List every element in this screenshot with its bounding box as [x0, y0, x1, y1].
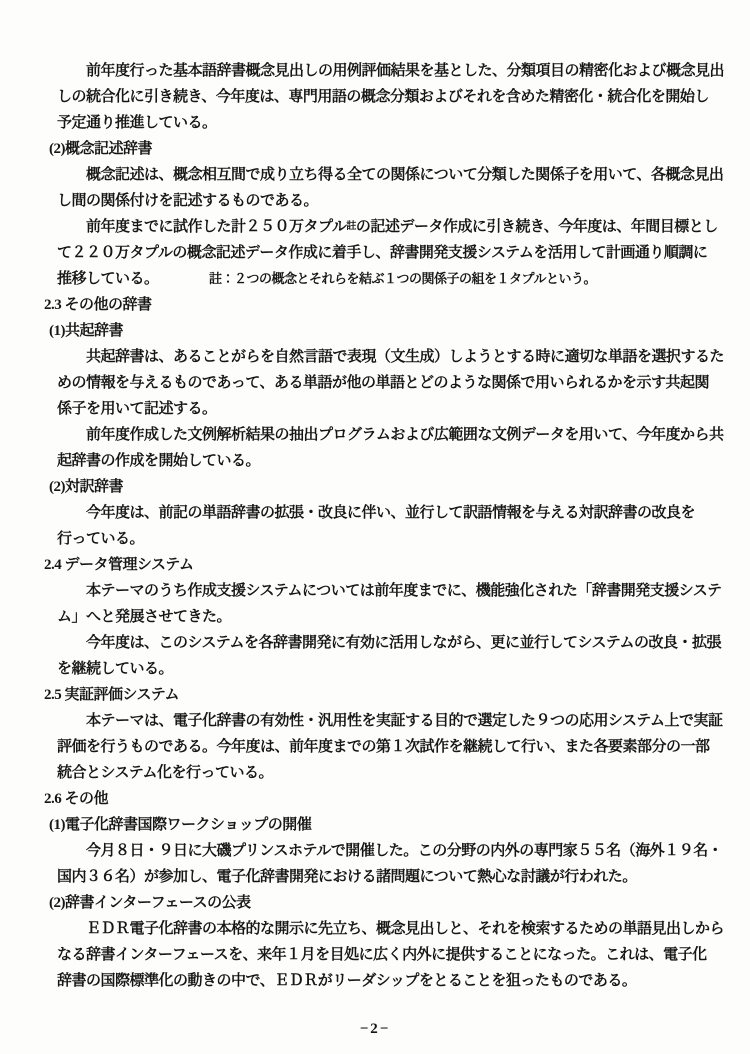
paragraph-line: 予定通り推進している。	[0, 110, 750, 136]
document-page: 前年度行った基本語辞書概念見出しの用例評価結果を基とした、分類項目の精密化および…	[0, 0, 750, 1054]
paragraph-line: 今年度は、このシステムを各辞書開発に有効に活用しながら、更に並行してシステムの改…	[0, 630, 750, 656]
paragraph-line: 統合とシステム化を行っている。	[0, 760, 750, 786]
section-heading: 2.3 その他の辞書	[0, 292, 750, 318]
paragraph-line: 本テーマのうち作成支援システムについては前年度までに、機能強化された「辞書開発支…	[0, 578, 750, 604]
note-marker: 註	[346, 221, 356, 232]
paragraph-line: 推移している。 註：２つの概念とそれらを結ぶ１つの関係子の組を１タプルという。	[0, 266, 750, 292]
paragraph-line: 辞書の国際標準化の動きの中で、ＥＤＲがリーダシップをとることを狙ったものである。	[0, 968, 750, 994]
paragraph-line: 共起辞書は、あることがらを自然言語で表現（文生成）しようとする時に適切な単語を選…	[0, 344, 750, 370]
item-heading: (2)対訳辞書	[0, 474, 750, 500]
document-body: 前年度行った基本語辞書概念見出しの用例評価結果を基とした、分類項目の精密化および…	[0, 0, 750, 994]
text-segment: の記述データ作成に引き続き、今年度は、年間目標とし	[356, 219, 718, 235]
text-segment: 前年度までに試作した計２５０万タプル	[86, 219, 346, 235]
text-segment: 推移している。	[57, 271, 209, 287]
paragraph-line: 行っている。	[0, 526, 750, 552]
paragraph-line: 前年度までに試作した計２５０万タプル註の記述データ作成に引き続き、今年度は、年間…	[0, 214, 750, 240]
item-heading: (2)概念記述辞書	[0, 136, 750, 162]
item-heading: (1)電子化辞書国際ワークショップの開催	[0, 812, 750, 838]
section-heading: 2.4 データ管理システム	[0, 552, 750, 578]
paragraph-line: なる辞書インターフェースを、来年１月を目処に広く内外に提供することになった。これ…	[0, 942, 750, 968]
paragraph-line: て２２０万タプルの概念記述データ作成に着手し、辞書開発支援システムを活用して計画…	[0, 240, 750, 266]
paragraph-line: 今月８日・９日に大磯プリンスホテルで開催した。この分野の内外の専門家５５名（海外…	[0, 838, 750, 864]
paragraph-line: めの情報を与えるものであって、ある単語が他の単語とどのような関係で用いられるかを…	[0, 370, 750, 396]
paragraph-line: 前年度行った基本語辞書概念見出しの用例評価結果を基とした、分類項目の精密化および…	[0, 58, 750, 84]
paragraph-line: ＥＤＲ電子化辞書の本格的な開示に先立ち、概念見出しと、それを検索するための単語見…	[0, 916, 750, 942]
paragraph-line: しの統合化に引き続き、今年度は、専門用語の概念分類およびそれを含めた精密化・統合…	[0, 84, 750, 110]
paragraph-line: 係子を用いて記述する。	[0, 396, 750, 422]
paragraph-line: 本テーマは、電子化辞書の有効性・汎用性を実証する目的で選定した９つの応用システム…	[0, 708, 750, 734]
section-heading: 2.5 実証評価システム	[0, 682, 750, 708]
note-text: 註：２つの概念とそれらを結ぶ１つの関係子の組を１タプルという。	[209, 271, 596, 286]
paragraph-line: を継続している。	[0, 656, 750, 682]
paragraph-line: し間の関係付けを記述するものである。	[0, 188, 750, 214]
paragraph-line: 国内３６名）が参加し、電子化辞書開発における諸問題について熱心な討議が行われた。	[0, 864, 750, 890]
paragraph-line: 概念記述は、概念相互間で成り立ち得る全ての関係について分類した関係子を用いて、各…	[0, 162, 750, 188]
paragraph-line: 前年度作成した文例解析結果の抽出プログラムおよび広範囲な文例データを用いて、今年…	[0, 422, 750, 448]
page-number: −2−	[0, 1021, 750, 1038]
paragraph-line: 今年度は、前記の単語辞書の拡張・改良に伴い、並行して訳語情報を与える対訳辞書の改…	[0, 500, 750, 526]
item-heading: (2)辞書インターフェースの公表	[0, 890, 750, 916]
paragraph-line: 起辞書の作成を開始している。	[0, 448, 750, 474]
paragraph-line: ム」へと発展させてきた。	[0, 604, 750, 630]
paragraph-line: 評価を行うものである。今年度は、前年度までの第１次試作を継続して行い、また各要素…	[0, 734, 750, 760]
section-heading: 2.6 その他	[0, 786, 750, 812]
item-heading: (1)共起辞書	[0, 318, 750, 344]
